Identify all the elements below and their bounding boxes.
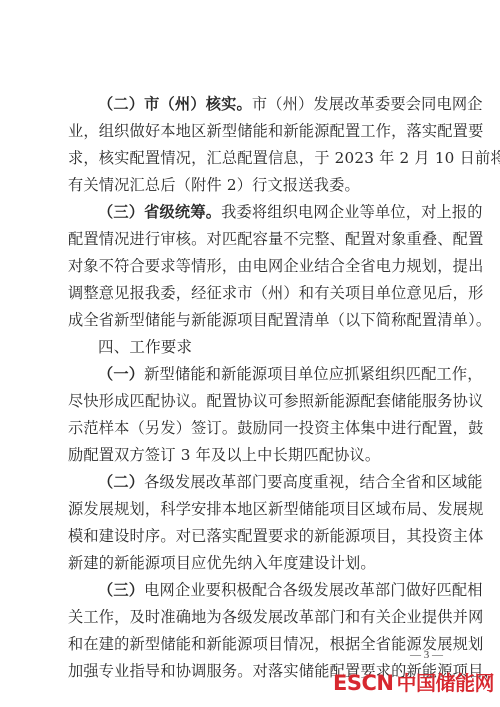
paragraph-line: 励配置双方签订 3 年及以上中长期匹配协议。	[68, 445, 452, 465]
item-marker: （三）	[98, 581, 144, 599]
paragraph-line: 成全省新型储能与新能源项目配置清单（以下简称配置清单）。	[68, 310, 452, 330]
paragraph-line: （三）电网企业要积极配合各级发展改革部门做好匹配相	[68, 580, 452, 600]
paragraph-line: 有关情况汇总后（附件 2）行文报送我委。	[68, 175, 452, 195]
line-text: 我委将组织电网企业等单位，对上报的	[221, 203, 483, 221]
paragraph-line: 示范样本（另发）签订。鼓励同一投资主体集中进行配置，鼓	[68, 418, 452, 438]
document-page: （二）市（州）核实。市（州）发展改革委要会同电网企 业，组织做好本地区新型储能和…	[0, 0, 500, 707]
line-text: 新型储能和新能源项目单位应抓紧组织匹配工作，	[144, 365, 483, 383]
paragraph-line: （二）市（州）核实。市（州）发展改革委要会同电网企	[68, 94, 452, 114]
page-number: — 3 —	[410, 649, 443, 661]
paragraph-line: 模和建设时序。对已落实配置要求的新能源项目，其投资主体	[68, 526, 452, 546]
line-text: 各级发展改革部门要高度重视，结合全省和区域能	[144, 473, 483, 491]
subheading-municipal-verification: （二）市（州）核实。	[98, 95, 252, 113]
paragraph-line: 配置情况进行审核。对匹配容量不完整、配置对象重叠、配置	[68, 229, 452, 249]
line-text: 市（州）发展改革委要会同电网企	[252, 95, 483, 113]
paragraph-line: 求，核实配置情况，汇总配置信息，于 2023 年 2 月 10 日前将	[68, 148, 452, 168]
paragraph-line: 尽快形成匹配协议。配置协议可参照新能源配套储能服务协议	[68, 391, 452, 411]
paragraph-line: 调整意见报我委，经征求市（州）和有关项目单位意见后，形	[68, 283, 452, 303]
line-text: 电网企业要积极配合各级发展改革部门做好匹配相	[144, 581, 483, 599]
paragraph-line: 对象不符合要求等情形，由电网企业结合全省电力规划，提出	[68, 256, 452, 276]
item-marker: （一）	[98, 365, 144, 383]
paragraph-line: 业，组织做好本地区新型储能和新能源配置工作，落实配置要	[68, 121, 452, 141]
paragraph-line: （三）省级统筹。我委将组织电网企业等单位，对上报的	[68, 202, 452, 222]
paragraph-line: 和在建的新型储能和新能源项目情况，根据全省能源发展规划	[68, 634, 452, 654]
paragraph-line: 关工作，及时准确地为各级发展改革部门和有关企业提供并网	[68, 607, 452, 627]
paragraph-line: 新建的新能源项目应优先纳入年度建设计划。	[68, 553, 452, 573]
logo-brand-en: ESCN	[333, 671, 393, 695]
section-heading: 四、工作要求	[98, 337, 452, 357]
escn-watermark-logo: ESCN中国储能网	[333, 667, 494, 696]
paragraph-line: 源发展规划，科学安排本地区新型储能项目区域布局、发展规	[68, 499, 452, 519]
item-marker: （二）	[98, 473, 144, 491]
subheading-provincial-coordination: （三）省级统筹。	[98, 203, 221, 221]
paragraph-line: （二）各级发展改革部门要高度重视，结合全省和区域能	[68, 472, 452, 492]
paragraph-line: （一）新型储能和新能源项目单位应抓紧组织匹配工作，	[68, 364, 452, 384]
logo-brand-cn: 中国储能网	[396, 671, 494, 695]
